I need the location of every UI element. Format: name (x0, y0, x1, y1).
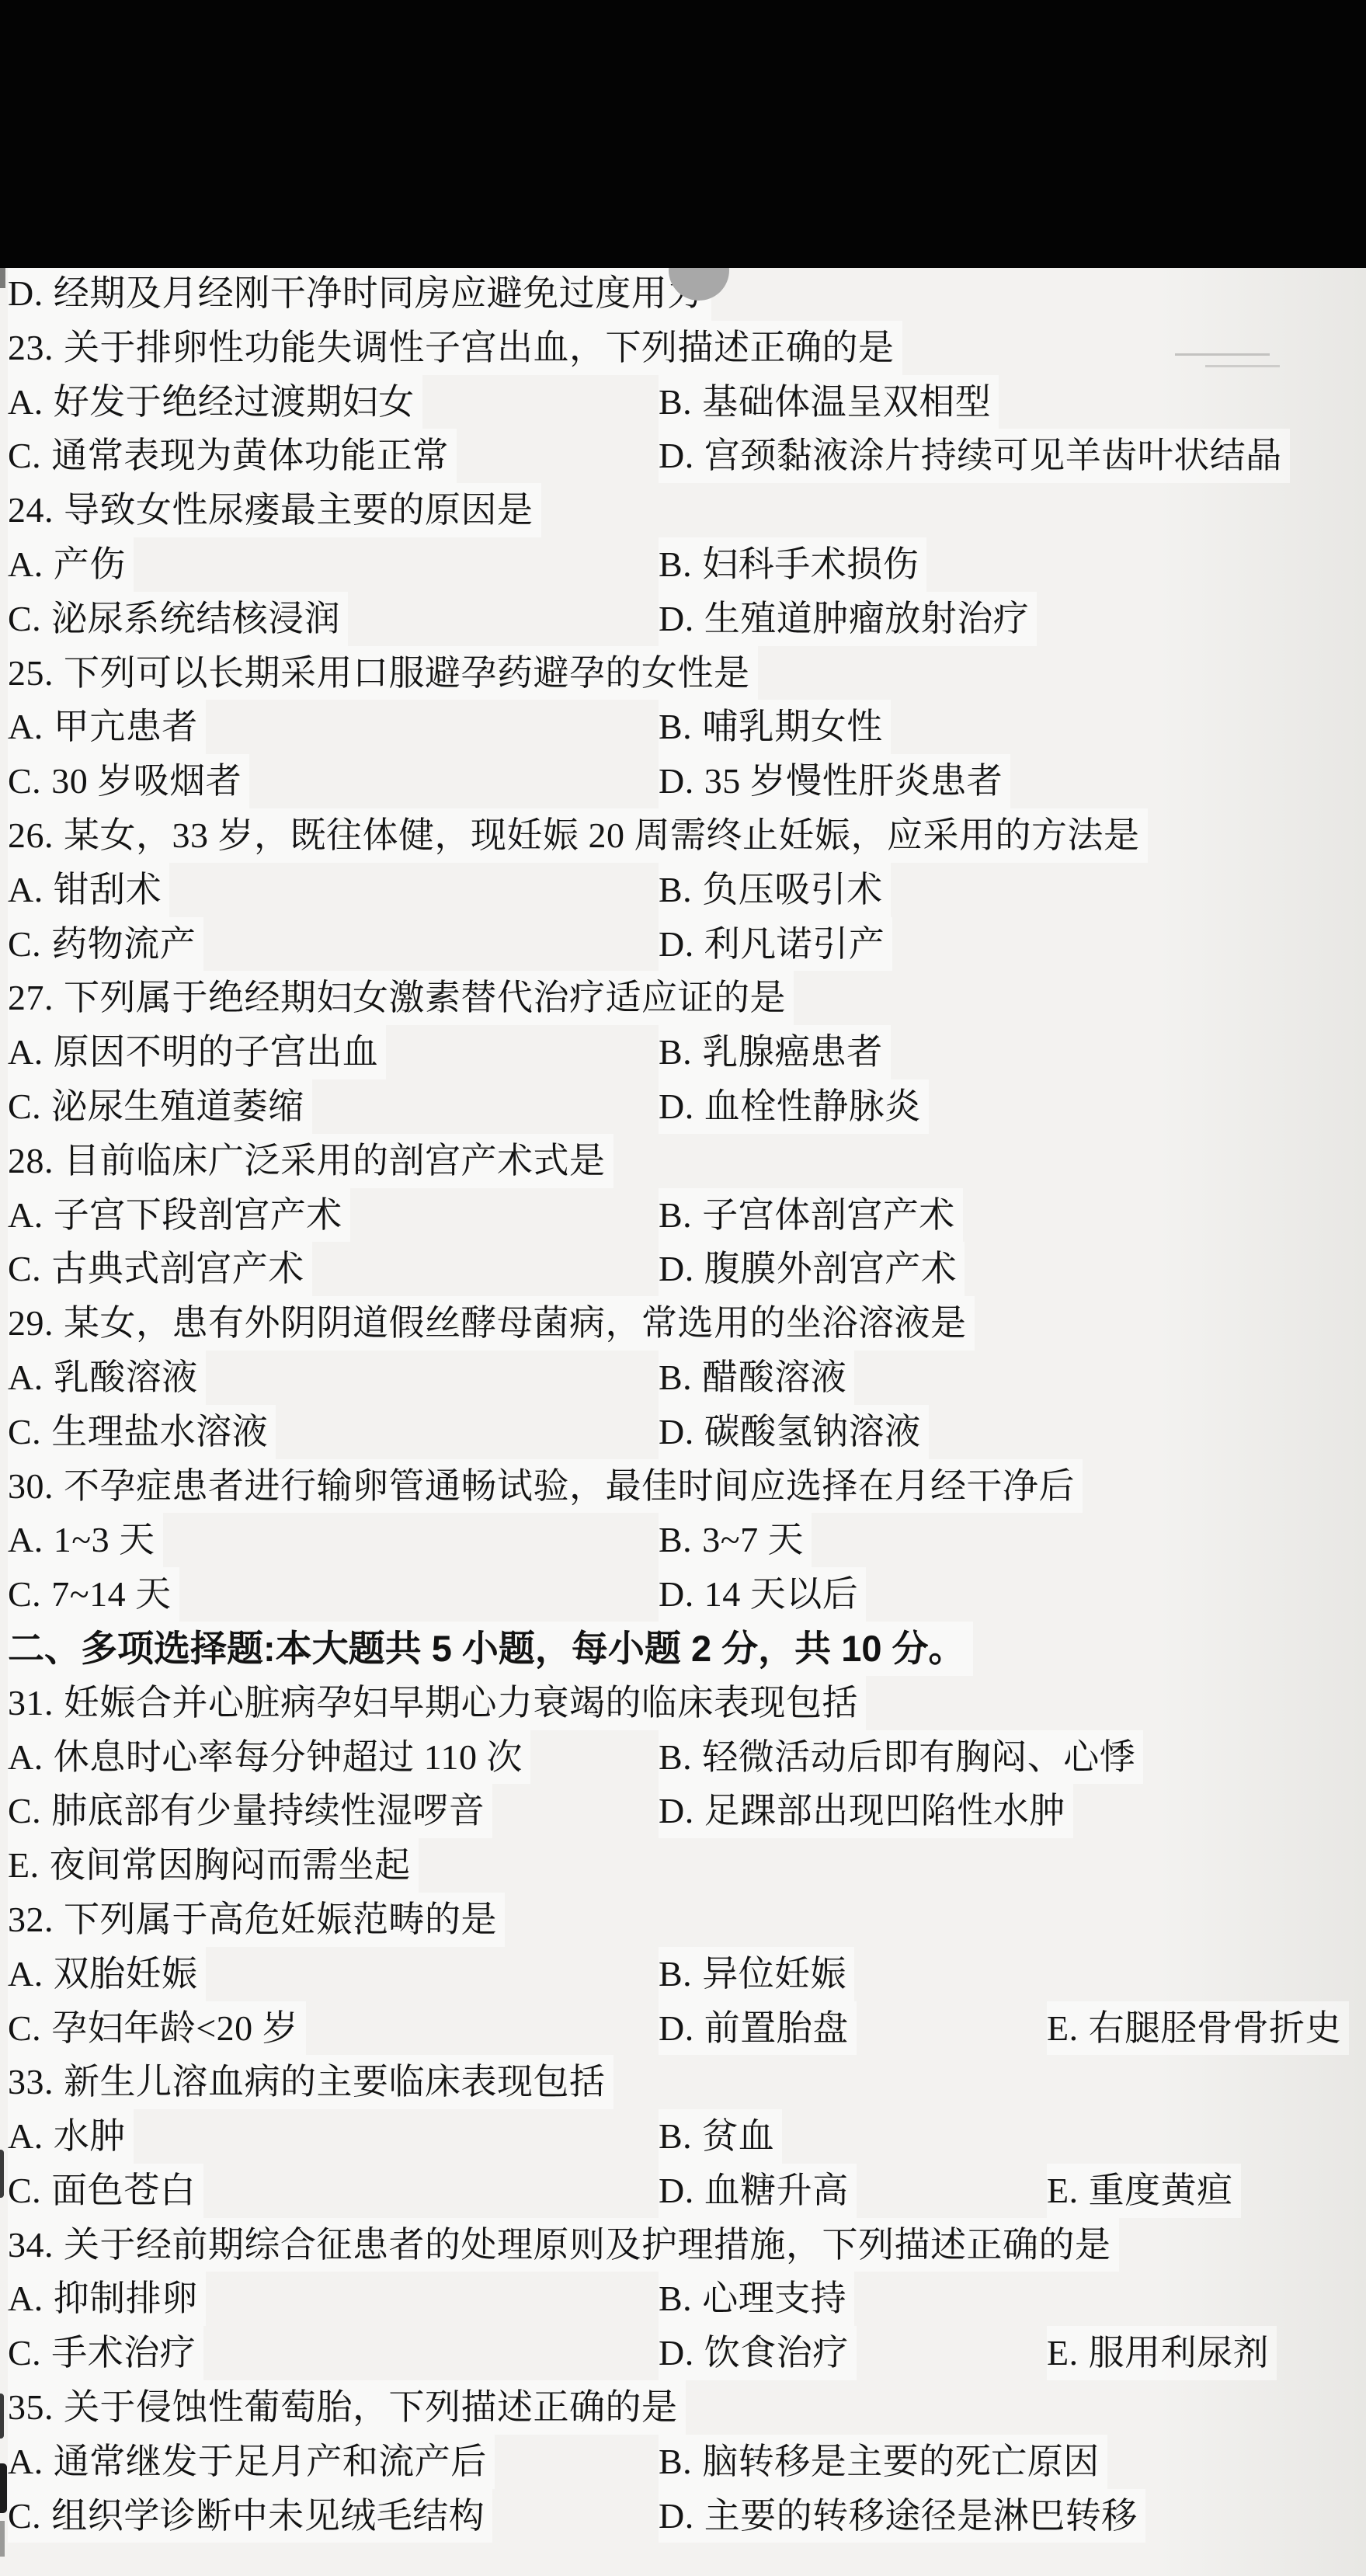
question-line: 28.目前临床广泛采用的剖宫产术式是 (0, 1134, 1366, 1188)
option-text: 轻微活动后即有胸闷、心悸 (702, 1737, 1135, 1777)
option-label: B. (659, 382, 692, 422)
option-label: D. (659, 2171, 694, 2210)
options-line: C.手术治疗D.饮食治疗E.服用利尿剂 (0, 2326, 1366, 2380)
option-cell: C.泌尿生殖道萎缩 (8, 1079, 312, 1134)
option-label: D. (659, 761, 694, 801)
stem-cell: 34.关于经前期综合征患者的处理原则及护理措施，下列描述正确的是 (8, 2218, 1119, 2272)
option-cell: B.心理支持 (659, 2272, 854, 2326)
option-text: 产伤 (54, 544, 126, 584)
options-line: A.通常继发于足月产和流产后B.脑转移是主要的死亡原因 (0, 2435, 1366, 2489)
option-cell: B.轻微活动后即有胸闷、心悸 (659, 1730, 1143, 1785)
option-text: 右腿胫骨骨折史 (1089, 2008, 1342, 2048)
option-label: D. (659, 1791, 694, 1830)
option-text: 原因不明的子宫出血 (54, 1032, 379, 1072)
question-number: 32. (8, 1900, 54, 1939)
option-label: C. (8, 2333, 41, 2373)
option-cell: A.水肿 (8, 2109, 134, 2164)
option-label: E. (1047, 2333, 1079, 2373)
option-text: 1~3 天 (54, 1520, 155, 1559)
option-label: C. (8, 2171, 41, 2210)
pencil-dash-mark (1205, 365, 1280, 367)
options-line: A.抑制排卵B.心理支持 (0, 2272, 1366, 2326)
option-cell: D.碳酸氢钠溶液 (659, 1405, 929, 1459)
option-cell: D.足踝部出现凹陷性水肿 (659, 1784, 1073, 1838)
option-label: D. (659, 2333, 694, 2373)
question-line: 27.下列属于绝经期妇女激素替代治疗适应证的是 (0, 971, 1366, 1025)
option-cell: B.基础体温呈双相型 (659, 375, 999, 429)
question-stem: 不孕症患者进行输卵管通畅试验，最佳时间应选择在月经干净后 (64, 1466, 1075, 1506)
option-text: 孕妇年龄<20 岁 (51, 2008, 298, 2048)
option-cell: D.14 天以后 (659, 1567, 866, 1622)
option-text: 水肿 (54, 2116, 126, 2156)
question-stem: 某女，33 岁，既往体健，现妊娠 20 周需终止妊娠，应采用的方法是 (64, 815, 1140, 855)
option-cell: D.前置胎盘 (659, 2001, 857, 2056)
option-text: 前置胎盘 (704, 2008, 849, 2048)
options-line: A.双胎妊娠B.异位妊娠 (0, 1947, 1366, 2001)
stem-cell: 35.关于侵蚀性葡萄胎，下列描述正确的是 (8, 2380, 686, 2435)
option-cell: D.生殖道肿瘤放射治疗 (659, 592, 1037, 646)
option-text: 古典式剖宫产术 (51, 1249, 304, 1288)
option-text: 宫颈黏液涂片持续可见羊齿叶状结晶 (704, 436, 1282, 475)
option-cell: D.利凡诺引产 (659, 917, 892, 972)
option-text: 妇科手术损伤 (702, 544, 919, 584)
question-number: 24. (8, 490, 54, 530)
option-text: 乳腺癌患者 (702, 1032, 883, 1072)
pencil-dash-mark (1175, 353, 1270, 356)
option-cell: D.宫颈黏液涂片持续可见羊齿叶状结晶 (659, 429, 1290, 483)
option-label: C. (8, 1574, 41, 1614)
option-label: C. (8, 1086, 41, 1126)
stem-cell: 30.不孕症患者进行输卵管通畅试验，最佳时间应选择在月经干净后 (8, 1459, 1083, 1514)
option-text: 35 岁慢性肝炎患者 (704, 761, 1003, 801)
option-label: C. (8, 761, 41, 801)
option-label: E. (8, 1845, 40, 1885)
question-stem: 下列可以长期采用口服避孕药避孕的女性是 (64, 653, 750, 693)
option-text: 醋酸溶液 (702, 1358, 846, 1397)
question-number: 31. (8, 1683, 54, 1723)
option-cell: A.钳刮术 (8, 863, 169, 917)
option-cell: B.醋酸溶液 (659, 1351, 854, 1405)
question-number: 29. (8, 1303, 54, 1343)
option-cell: B.哺乳期女性 (659, 700, 891, 754)
option-text: 主要的转移途径是淋巴转移 (704, 2496, 1138, 2536)
option-cell: A.好发于绝经过渡期妇女 (8, 375, 422, 429)
options-line: C.泌尿系统结核浸润D.生殖道肿瘤放射治疗 (0, 592, 1366, 646)
option-cell: B.子宫体剖宫产术 (659, 1188, 963, 1243)
option-cell: A.子宫下段剖宫产术 (8, 1188, 350, 1243)
option-label: C. (8, 599, 41, 638)
section-cell: 二、多项选择题:本大题共 5 小题，每小题 2 分，共 10 分。 (8, 1622, 973, 1676)
question-stem: 下列属于绝经期妇女激素替代治疗适应证的是 (64, 978, 786, 1017)
option-label: B. (659, 1358, 692, 1397)
options-line: C.孕妇年龄<20 岁D.前置胎盘E.右腿胫骨骨折史 (0, 2001, 1366, 2056)
option-cell: C.肺底部有少量持续性湿啰音 (8, 1784, 492, 1838)
option-label: A. (8, 2442, 43, 2481)
option-text: 基础体温呈双相型 (702, 382, 991, 422)
option-label: B. (659, 1520, 692, 1559)
question-number: 33. (8, 2062, 54, 2101)
option-text: 碳酸氢钠溶液 (704, 1412, 921, 1451)
option-text: 药物流产 (51, 924, 196, 964)
option-text: 7~14 天 (51, 1574, 171, 1614)
question-stem: 导致女性尿瘘最主要的原因是 (64, 490, 534, 530)
stem-cell: 29.某女，患有外阴阴道假丝酵母菌病，常选用的坐浴溶液是 (8, 1296, 975, 1351)
question-stem: 新生儿溶血病的主要临床表现包括 (64, 2062, 606, 2101)
option-label: A. (8, 2279, 43, 2318)
option-label: A. (8, 1195, 43, 1235)
question-line: 35.关于侵蚀性葡萄胎，下列描述正确的是 (0, 2380, 1366, 2435)
scan-artifact-mark (0, 2463, 7, 2513)
question-number: 25. (8, 653, 54, 693)
options-line: C.组织学诊断中未见绒毛结构D.主要的转移途径是淋巴转移 (0, 2489, 1366, 2543)
option-cell: A.抑制排卵 (8, 2272, 206, 2326)
option-label: C. (8, 1791, 41, 1830)
exam-text-area: D.经期及月经刚干净时同房应避免过度用力23.关于排卵性功能失调性子宫出血，下列… (0, 266, 1366, 2543)
options-line: A.原因不明的子宫出血B.乳腺癌患者 (0, 1025, 1366, 1079)
question-line: 25.下列可以长期采用口服避孕药避孕的女性是 (0, 646, 1366, 700)
options-line: A.甲亢患者B.哺乳期女性 (0, 700, 1366, 754)
option-cell: A.通常继发于足月产和流产后 (8, 2435, 495, 2489)
question-line: 30.不孕症患者进行输卵管通畅试验，最佳时间应选择在月经干净后 (0, 1459, 1366, 1514)
black-redaction-block (0, 0, 1366, 268)
options-line: A.子宫下段剖宫产术B.子宫体剖宫产术 (0, 1188, 1366, 1243)
option-text: 钳刮术 (54, 870, 162, 909)
option-label: C. (8, 2496, 41, 2536)
option-label: D. (659, 599, 694, 638)
option-text: 泌尿系统结核浸润 (51, 599, 340, 638)
option-text: 30 岁吸烟者 (51, 761, 242, 801)
option-text: 贫血 (702, 2116, 774, 2156)
option-text: 脑转移是主要的死亡原因 (702, 2442, 1100, 2481)
option-cell: B.3~7 天 (659, 1513, 812, 1567)
option-label: C. (8, 1249, 41, 1288)
question-number: 34. (8, 2225, 54, 2265)
option-text: 利凡诺引产 (704, 924, 885, 964)
scan-artifact-mark (0, 2521, 5, 2557)
question-line: 26.某女，33 岁，既往体健，现妊娠 20 周需终止妊娠，应采用的方法是 (0, 808, 1366, 863)
stem-cell: 28.目前临床广泛采用的剖宫产术式是 (8, 1134, 613, 1188)
option-label: B. (659, 544, 692, 584)
option-cell: C.泌尿系统结核浸润 (8, 592, 348, 646)
option-cell: D.主要的转移途径是淋巴转移 (659, 2489, 1145, 2543)
option-label: D. (659, 436, 694, 475)
question-number: 35. (8, 2387, 54, 2427)
option-label: A. (8, 1954, 43, 1994)
option-cell: A.产伤 (8, 537, 134, 592)
option-label: B. (659, 870, 692, 909)
option-text: 血糖升高 (704, 2171, 849, 2210)
question-stem: 妊娠合并心脏病孕妇早期心力衰竭的临床表现包括 (64, 1683, 858, 1723)
option-label: C. (8, 924, 41, 964)
option-label: A. (8, 1737, 43, 1777)
option-cell: C.药物流产 (8, 917, 203, 972)
option-text: 面色苍白 (51, 2171, 196, 2210)
stem-cell: 26.某女，33 岁，既往体健，现妊娠 20 周需终止妊娠，应采用的方法是 (8, 808, 1148, 863)
question-line: 32.下列属于高危妊娠范畴的是 (0, 1893, 1366, 1947)
options-line: C.生理盐水溶液D.碳酸氢钠溶液 (0, 1405, 1366, 1459)
section-header: 二、多项选择题:本大题共 5 小题，每小题 2 分，共 10 分。 (8, 1628, 965, 1669)
option-cell: C.面色苍白 (8, 2164, 203, 2218)
question-number: 23. (8, 328, 54, 367)
question-line: 23.关于排卵性功能失调性子宫出血，下列描述正确的是 (0, 321, 1366, 375)
option-cell: B.贫血 (659, 2109, 782, 2164)
option-label: C. (8, 2008, 41, 2048)
exam-page: D.经期及月经刚干净时同房应避免过度用力23.关于排卵性功能失调性子宫出血，下列… (0, 0, 1366, 2576)
options-line: C.肺底部有少量持续性湿啰音D.足踝部出现凹陷性水肿 (0, 1784, 1366, 1838)
option-text: 泌尿生殖道萎缩 (51, 1086, 304, 1126)
option-label: D. (659, 1249, 694, 1288)
option-label: D. (659, 1412, 694, 1451)
option-label: B. (659, 2116, 692, 2156)
question-stem: 下列属于高危妊娠范畴的是 (64, 1900, 497, 1939)
option-cell: C.7~14 天 (8, 1567, 179, 1622)
option-cell: C.手术治疗 (8, 2326, 203, 2380)
scan-artifact-mark (0, 2150, 4, 2198)
question-line: 34.关于经前期综合征患者的处理原则及护理措施，下列描述正确的是 (0, 2218, 1366, 2272)
question-line: 24.导致女性尿瘘最主要的原因是 (0, 483, 1366, 537)
option-cell: A.乳酸溶液 (8, 1351, 206, 1405)
option-text: 14 天以后 (704, 1574, 859, 1614)
option-label: D. (659, 1574, 694, 1614)
option-label: B. (659, 2442, 692, 2481)
options-line: A.产伤B.妇科手术损伤 (0, 537, 1366, 592)
option-cell: B.脑转移是主要的死亡原因 (659, 2435, 1107, 2489)
option-text: 腹膜外剖宫产术 (704, 1249, 958, 1288)
option-cell: B.异位妊娠 (659, 1947, 854, 2001)
options-line: E.夜间常因胸闷而需坐起 (0, 1838, 1366, 1893)
question-number: 27. (8, 978, 54, 1017)
option-text: 手术治疗 (51, 2333, 196, 2373)
option-label: A. (8, 2116, 43, 2156)
option-cell: B.妇科手术损伤 (659, 537, 926, 592)
option-cell: C.生理盐水溶液 (8, 1405, 276, 1459)
option-cell: D.35 岁慢性肝炎患者 (659, 754, 1010, 808)
section-line: 二、多项选择题:本大题共 5 小题，每小题 2 分，共 10 分。 (0, 1622, 1366, 1676)
question-stem: 关于经前期综合征患者的处理原则及护理措施，下列描述正确的是 (64, 2225, 1111, 2265)
option-cell: C.孕妇年龄<20 岁 (8, 2001, 306, 2056)
stem-cell: 31.妊娠合并心脏病孕妇早期心力衰竭的临床表现包括 (8, 1676, 866, 1730)
option-text: 服用利尿剂 (1089, 2333, 1270, 2373)
option-label: A. (8, 382, 43, 422)
question-stem: 目前临床广泛采用的剖宫产术式是 (64, 1141, 606, 1180)
option-label: B. (659, 1954, 692, 1994)
option-cell: D.腹膜外剖宫产术 (659, 1242, 965, 1296)
option-text: 甲亢患者 (54, 707, 198, 746)
option-text: 心理支持 (702, 2279, 846, 2318)
option-text: 通常继发于足月产和流产后 (54, 2442, 487, 2481)
option-label: A. (8, 870, 43, 909)
options-line: C.面色苍白D.血糖升高E.重度黄疸 (0, 2164, 1366, 2218)
option-text: 子宫体剖宫产术 (702, 1195, 955, 1235)
options-line: C.30 岁吸烟者D.35 岁慢性肝炎患者 (0, 754, 1366, 808)
option-label: D. (659, 924, 694, 964)
option-label: B. (659, 1032, 692, 1072)
question-line: 31.妊娠合并心脏病孕妇早期心力衰竭的临床表现包括 (0, 1676, 1366, 1730)
options-line: C.药物流产D.利凡诺引产 (0, 917, 1366, 972)
option-label: B. (659, 707, 692, 746)
option-label: D. (659, 2008, 694, 2048)
option-text: 哺乳期女性 (702, 707, 883, 746)
option-label: A. (8, 1520, 43, 1559)
question-line: 29.某女，患有外阴阴道假丝酵母菌病，常选用的坐浴溶液是 (0, 1296, 1366, 1351)
option-text: 重度黄疸 (1089, 2171, 1233, 2210)
question-number: 30. (8, 1466, 54, 1506)
options-line: A.乳酸溶液B.醋酸溶液 (0, 1351, 1366, 1405)
scan-artifact-mark (0, 2393, 4, 2439)
option-cell: A.甲亢患者 (8, 700, 206, 754)
option-label: B. (659, 2279, 692, 2318)
option-text: 饮食治疗 (704, 2333, 849, 2373)
scan-artifact-mark (0, 268, 5, 288)
options-line: A.休息时心率每分钟超过 110 次B.轻微活动后即有胸闷、心悸 (0, 1730, 1366, 1785)
question-number: 26. (8, 815, 54, 855)
option-text: 子宫下段剖宫产术 (54, 1195, 342, 1235)
option-cell: A.1~3 天 (8, 1513, 163, 1567)
stem-cell: 25.下列可以长期采用口服避孕药避孕的女性是 (8, 646, 758, 700)
option-text: 夜间常因胸闷而需坐起 (50, 1845, 411, 1885)
stem-cell: 32.下列属于高危妊娠范畴的是 (8, 1893, 505, 1947)
option-cell: D.经期及月经刚干净时同房应避免过度用力 (8, 266, 711, 321)
option-text: 经期及月经刚干净时同房应避免过度用力 (54, 273, 704, 313)
option-text: 3~7 天 (702, 1520, 804, 1559)
options-line: A.1~3 天B.3~7 天 (0, 1513, 1366, 1567)
stem-cell: 24.导致女性尿瘘最主要的原因是 (8, 483, 541, 537)
option-cell: B.乳腺癌患者 (659, 1025, 891, 1079)
option-cell: E.服用利尿剂 (1047, 2326, 1277, 2380)
option-text: 肺底部有少量持续性湿啰音 (51, 1791, 485, 1830)
option-text: 抑制排卵 (54, 2279, 198, 2318)
option-cell: A.原因不明的子宫出血 (8, 1025, 386, 1079)
stem-cell: 23.关于排卵性功能失调性子宫出血，下列描述正确的是 (8, 321, 902, 375)
option-label: D. (8, 273, 43, 313)
option-text: 休息时心率每分钟超过 110 次 (54, 1737, 523, 1777)
option-text: 双胎妊娠 (54, 1954, 198, 1994)
option-cell: C.30 岁吸烟者 (8, 754, 249, 808)
option-label: A. (8, 707, 43, 746)
option-text: 组织学诊断中未见绒毛结构 (51, 2496, 485, 2536)
option-label: A. (8, 544, 43, 584)
option-label: D. (659, 2496, 694, 2536)
option-label: D. (659, 1086, 694, 1126)
option-cell: A.休息时心率每分钟超过 110 次 (8, 1730, 530, 1785)
option-label: E. (1047, 2008, 1079, 2048)
options-line: C.古典式剖宫产术D.腹膜外剖宫产术 (0, 1242, 1366, 1296)
option-label: B. (659, 1195, 692, 1235)
option-cell: A.双胎妊娠 (8, 1947, 206, 2001)
option-text: 好发于绝经过渡期妇女 (54, 382, 415, 422)
options-line: C.泌尿生殖道萎缩D.血栓性静脉炎 (0, 1079, 1366, 1134)
question-stem: 某女，患有外阴阴道假丝酵母菌病，常选用的坐浴溶液是 (64, 1303, 967, 1343)
options-line: A.好发于绝经过渡期妇女B.基础体温呈双相型 (0, 375, 1366, 429)
option-text: 血栓性静脉炎 (704, 1086, 921, 1126)
option-label: C. (8, 1412, 41, 1451)
stem-cell: 33.新生儿溶血病的主要临床表现包括 (8, 2055, 613, 2109)
option-cell: B.负压吸引术 (659, 863, 891, 917)
option-cell: C.古典式剖宫产术 (8, 1242, 312, 1296)
option-cell: C.组织学诊断中未见绒毛结构 (8, 2489, 492, 2543)
options-line: A.钳刮术B.负压吸引术 (0, 863, 1366, 917)
option-label: C. (8, 436, 41, 475)
option-cell: E.夜间常因胸闷而需坐起 (8, 1838, 419, 1893)
option-cell: D.血糖升高 (659, 2164, 857, 2218)
question-stem: 关于排卵性功能失调性子宫出血，下列描述正确的是 (64, 328, 895, 367)
question-line: 33.新生儿溶血病的主要临床表现包括 (0, 2055, 1366, 2109)
option-text: 通常表现为黄体功能正常 (51, 436, 449, 475)
option-label: A. (8, 1358, 43, 1397)
stem-cell: 27.下列属于绝经期妇女激素替代治疗适应证的是 (8, 971, 794, 1025)
option-label: A. (8, 1032, 43, 1072)
options-line: A.水肿B.贫血 (0, 2109, 1366, 2164)
option-cell: E.右腿胫骨骨折史 (1047, 2001, 1349, 2056)
option-text: 乳酸溶液 (54, 1358, 198, 1397)
option-label: B. (659, 1737, 692, 1777)
option-text: 负压吸引术 (702, 870, 883, 909)
option-cell: E.重度黄疸 (1047, 2164, 1241, 2218)
option-cell: C.通常表现为黄体功能正常 (8, 429, 457, 483)
option-text: 足踝部出现凹陷性水肿 (704, 1791, 1065, 1830)
question-stem: 关于侵蚀性葡萄胎，下列描述正确的是 (64, 2387, 678, 2427)
option-label: E. (1047, 2171, 1079, 2210)
options-line: C.7~14 天D.14 天以后 (0, 1567, 1366, 1622)
options-line: C.通常表现为黄体功能正常D.宫颈黏液涂片持续可见羊齿叶状结晶 (0, 429, 1366, 483)
option-cell: D.饮食治疗 (659, 2326, 857, 2380)
question-number: 28. (8, 1141, 54, 1180)
option-text: 异位妊娠 (702, 1954, 846, 1994)
option-text: 生理盐水溶液 (51, 1412, 268, 1451)
option-text: 生殖道肿瘤放射治疗 (704, 599, 1030, 638)
option-cell: D.血栓性静脉炎 (659, 1079, 929, 1134)
